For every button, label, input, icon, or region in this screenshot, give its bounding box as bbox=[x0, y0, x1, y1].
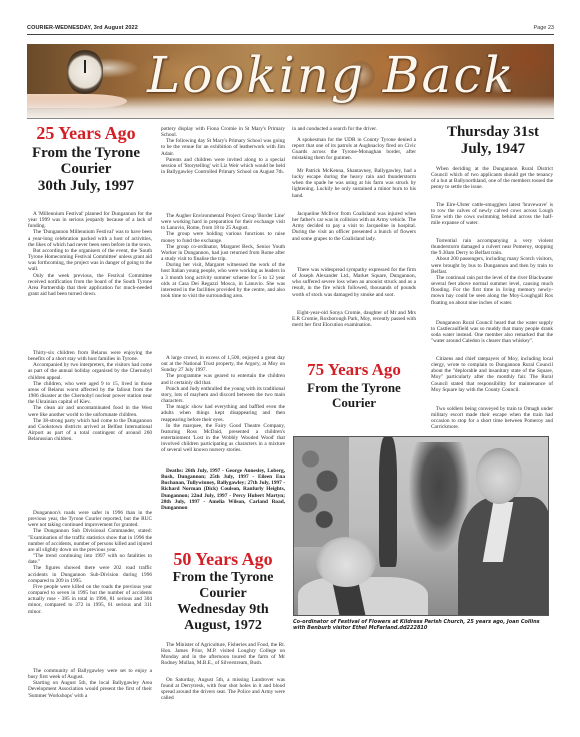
article-arson-fire: There was widespread sympathy expressed … bbox=[292, 267, 416, 298]
paragraph: On Saturday, August 5th, a missing Landr… bbox=[161, 677, 285, 702]
page-number: Page 23 bbox=[534, 25, 555, 31]
paragraph: Accompanied by two interpreters, the vis… bbox=[28, 362, 152, 380]
paragraph: Citizens and chief ratepayers of Moy, in… bbox=[431, 356, 553, 393]
paragraph: A large crowd, in excess of 1,500, enjoy… bbox=[161, 355, 285, 373]
paragraph: When deciding at the Dungannon Rural Dis… bbox=[431, 166, 553, 191]
paragraph: The programme was geared to entertain th… bbox=[161, 373, 285, 385]
paragraph: Only the week previous, the Festival Com… bbox=[28, 273, 152, 298]
article-elocution-exam: Eight-year-old Sonya Cromie, daughter of… bbox=[292, 310, 416, 328]
section-25-source: From the Tyrone Courier bbox=[27, 145, 145, 177]
section-50-source: From the Tyrone Courier bbox=[161, 570, 285, 602]
paragraph: The children, who were aged 9 to 15, liv… bbox=[28, 381, 152, 406]
section-75-date: Thursday 31st July, 1947 bbox=[433, 124, 553, 158]
deaths-notice: Deaths: 26th July, 1997 - George Annesle… bbox=[161, 468, 285, 511]
paragraph: The group co-ordinator, Margaret Beck, S… bbox=[161, 244, 285, 262]
flower-arrangement bbox=[294, 437, 349, 547]
section-75-years: 75 Years Ago bbox=[292, 360, 416, 379]
article-soldiers-escape: Two soldiers being conveyed by train to … bbox=[431, 406, 553, 431]
looking-back-banner: Looking Back bbox=[27, 44, 554, 119]
paragraph: The group were holding various functions… bbox=[161, 231, 285, 243]
person-ethel-mcfarland bbox=[298, 537, 428, 616]
dust-effect bbox=[99, 58, 139, 78]
section-50-date: Wednesday 9th August, 1972 bbox=[161, 602, 285, 634]
person-joan-collins bbox=[454, 442, 549, 616]
paragraph: There was widespread sympathy expressed … bbox=[292, 267, 416, 298]
paragraph: Parents and children were invited along … bbox=[161, 157, 285, 175]
section-25-heading: 25 Years Ago From the Tyrone Courier 30t… bbox=[27, 124, 145, 194]
paragraph: Two soldiers being conveyed by train to … bbox=[431, 406, 553, 431]
paragraph: Starting on August 5th, the local Ballyg… bbox=[28, 680, 152, 698]
paragraph: Jacqueline McIlvor from Coalisland was i… bbox=[292, 211, 416, 242]
paragraph: Dungannon's roads were safer in 1996 tha… bbox=[28, 510, 152, 528]
article-moy-square: Citizens and chief ratepayers of Moy, in… bbox=[431, 356, 553, 393]
paragraph: The 38-strong party which had come to th… bbox=[28, 418, 152, 443]
section-50-years: 50 Years Ago bbox=[161, 550, 285, 569]
article-augher-project: The Augher Environmental Project Group '… bbox=[161, 213, 285, 299]
alarm-clock-icon bbox=[67, 50, 103, 94]
article-ballygawley-workshops: The community of Ballygawley were set to… bbox=[28, 668, 152, 699]
figure-head bbox=[476, 448, 522, 504]
section-75-heading: 75 Years Ago From the Tyrone Courier bbox=[292, 360, 416, 410]
article-belarus-children: Thirty-six children from Belarus were en… bbox=[28, 350, 152, 442]
article-ballygawley-workshops-cont: pottery display with Fiona Cromie in St … bbox=[161, 126, 285, 175]
paragraph: Thirty-six children from Belarus were en… bbox=[28, 350, 152, 362]
paragraph: Mr Patrick McKenna, Shantavney, Ballygaw… bbox=[292, 168, 416, 199]
paragraph: The figures showed there were 202 road t… bbox=[28, 565, 152, 583]
article-udr-denial: A spokesman for the UDR in County Tyrone… bbox=[292, 137, 416, 162]
paragraph: The continual rain put the level of the … bbox=[431, 275, 553, 306]
banner-title: Looking Back bbox=[147, 46, 516, 104]
paragraph: Punch and Judy enthralled the young with… bbox=[161, 386, 285, 404]
paragraph: The magic show had everything and baffle… bbox=[161, 404, 285, 422]
paragraph: Eight-year-old Sonya Cromie, daughter of… bbox=[292, 310, 416, 328]
article-thunderstorm: Torrential rain accompanying a very viol… bbox=[431, 238, 553, 306]
paragraph: A spokesman for the UDR in County Tyrone… bbox=[292, 137, 416, 162]
article-hut-tenancy: When deciding at the Dungannon Rural Dis… bbox=[431, 166, 553, 191]
article-road-safety: Dungannon's roads were safer in 1996 tha… bbox=[28, 510, 152, 615]
paragraph: The 'Dungannon Millennium Festival' was … bbox=[28, 229, 152, 247]
article-cattle-smugglers: The Eire-Ulster cattle-smugglers latest … bbox=[431, 202, 553, 227]
paragraph: The Dungannon Sub Divisional Commander, … bbox=[28, 528, 152, 553]
festival-of-flowers-photo bbox=[293, 436, 549, 616]
page-header: COURIER-WEDNESDAY, 3rd August 2022 Page … bbox=[27, 25, 554, 35]
article-missing-landrover: On Saturday, August 5th, a missing Landr… bbox=[161, 677, 285, 702]
paragraph: pottery display with Fiona Cromie in St … bbox=[161, 126, 285, 138]
section-50-heading: 50 Years Ago From the Tyrone Courier Wed… bbox=[161, 550, 285, 634]
paragraph: During her visit, Margaret witnessed the… bbox=[161, 262, 285, 299]
paragraph: The following day St Mary's Primary Scho… bbox=[161, 138, 285, 156]
paragraph: The community of Ballygawley were set to… bbox=[28, 668, 152, 680]
article-minister-visit: The Minister of Agriculture, Fisheries a… bbox=[161, 642, 285, 667]
paragraph: The Minister of Agriculture, Fisheries a… bbox=[161, 642, 285, 667]
section-25-years: 25 Years Ago bbox=[27, 124, 145, 143]
article-army-collision: Jacqueline McIlvor from Coalisland was i… bbox=[292, 211, 416, 242]
article-muddy-water: Dungannon Rural Council heard that the w… bbox=[431, 320, 553, 345]
paragraph: "The trend continuing into 1997 with no … bbox=[28, 553, 152, 565]
paragraph: A 'Millennium Festival' planned for Dung… bbox=[28, 211, 152, 229]
article-lightning-escape: Mr Patrick McKenna, Shantavney, Ballygaw… bbox=[292, 168, 416, 199]
paragraph: The Augher Environmental Project Group '… bbox=[161, 213, 285, 231]
paragraph: But according to the organisers of the e… bbox=[28, 248, 152, 273]
figure-head bbox=[316, 537, 376, 587]
article-missing-landrover-cont: in and conducted a search for the driver… bbox=[292, 126, 416, 132]
publication-date: COURIER-WEDNESDAY, 3rd August 2022 bbox=[27, 25, 138, 31]
paragraph: Five people were killed on the roads the… bbox=[28, 584, 152, 615]
paragraph: Dungannon Rural Council heard that the w… bbox=[431, 320, 553, 345]
paragraph: About 200 passengers, including many Sco… bbox=[431, 256, 553, 274]
paragraph: Torrential rain accompanying a very viol… bbox=[431, 238, 553, 256]
section-75-source: From the Tyrone Courier bbox=[292, 380, 416, 410]
paragraph: The Eire-Ulster cattle-smugglers latest … bbox=[431, 202, 553, 227]
article-argory-day-out: A large crowd, in excess of 1,500, enjoy… bbox=[161, 355, 285, 454]
section-75-date-heading: Thursday 31st July, 1947 bbox=[433, 124, 553, 158]
section-25-date: 30th July, 1997 bbox=[27, 178, 145, 194]
paragraph: In the marquee, the Fairy Good Theatre C… bbox=[161, 423, 285, 454]
paragraph: in and conducted a search for the driver… bbox=[292, 126, 416, 132]
paragraph: The clean air and uncontaminated food in… bbox=[28, 405, 152, 417]
photo-caption: Co-ordinator of Festival of Flowers at K… bbox=[293, 620, 549, 631]
article-millennium-festival: A 'Millennium Festival' planned for Dung… bbox=[28, 211, 152, 297]
